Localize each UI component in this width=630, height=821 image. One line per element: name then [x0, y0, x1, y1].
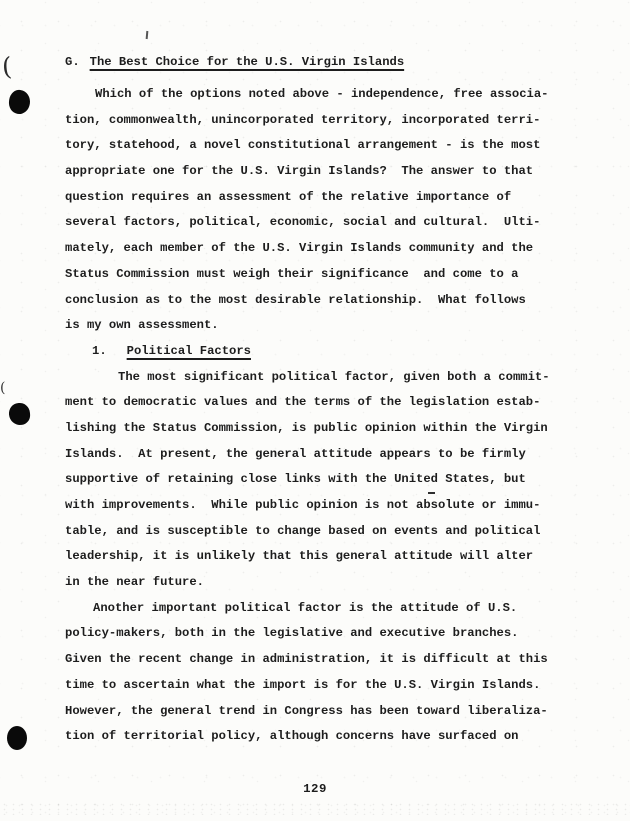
text-line: The most significant political factor, g… [65, 365, 595, 391]
text-line: supportive of retaining close links with… [65, 467, 595, 493]
text-line: table, and is susceptible to change base… [65, 519, 595, 545]
section-heading-title: The Best Choice for the U.S. Virgin Isla… [90, 50, 405, 82]
pencil-paren-mark: ( [1, 52, 13, 82]
section-heading: G.The Best Choice for the U.S. Virgin Is… [65, 50, 595, 82]
text-line: Given the recent change in administratio… [65, 647, 595, 673]
text-line: tion of territorial policy, although con… [65, 724, 595, 750]
pencil-paren-mark: ( [0, 380, 5, 396]
text-line: conclusion as to the most desirable rela… [65, 288, 595, 314]
scan-noise-band [0, 802, 630, 815]
text-line: ment to democratic values and the terms … [65, 390, 595, 416]
text-line: question requires an assessment of the r… [65, 185, 595, 211]
text-line: several factors, political, economic, so… [65, 210, 595, 236]
stray-ink-tick [146, 31, 149, 39]
ink-blot-dot [7, 726, 27, 750]
text-line: Islands. At present, the general attitud… [65, 442, 595, 468]
scanned-document-page: ( ( G.The Best Choice for the U.S. Virgi… [0, 0, 630, 821]
text-line: policy-makers, both in the legislative a… [65, 621, 595, 647]
text-line: However, the general trend in Congress h… [65, 699, 595, 725]
text-line: Another important political factor is th… [65, 596, 595, 622]
text-line: Which of the options noted above - indep… [65, 82, 595, 108]
text-line: appropriate one for the U.S. Virgin Isla… [65, 159, 595, 185]
ink-blot-dot [8, 402, 31, 426]
text-line: tory, statehood, a novel constitutional … [65, 133, 595, 159]
section-heading-number: G. [65, 50, 80, 82]
text-line: leadership, it is unlikely that this gen… [65, 544, 595, 570]
paragraph-2: The most significant political factor, g… [65, 365, 595, 596]
paragraph-1: Which of the options noted above - indep… [65, 82, 595, 339]
paragraph-3: Another important political factor is th… [65, 596, 595, 750]
subsection-heading-number: 1. [92, 339, 107, 365]
subsection-heading-title: Political Factors [127, 339, 251, 365]
text-line: is my own assessment. [65, 313, 595, 339]
text-line: lishing the Status Commission, is public… [65, 416, 595, 442]
subsection-heading: 1.Political Factors [65, 339, 595, 365]
text-line: mately, each member of the U.S. Virgin I… [65, 236, 595, 262]
text-line: time to ascertain what the import is for… [65, 673, 595, 699]
text-line: with improvements. While public opinion … [65, 493, 595, 519]
page-number: 129 [0, 782, 630, 796]
text-line: in the near future. [65, 570, 595, 596]
text-line: Status Commission must weigh their signi… [65, 262, 595, 288]
text-line: tion, commonwealth, unincorporated terri… [65, 108, 595, 134]
document-body: G.The Best Choice for the U.S. Virgin Is… [65, 50, 595, 750]
ink-blot-dot [7, 89, 31, 116]
